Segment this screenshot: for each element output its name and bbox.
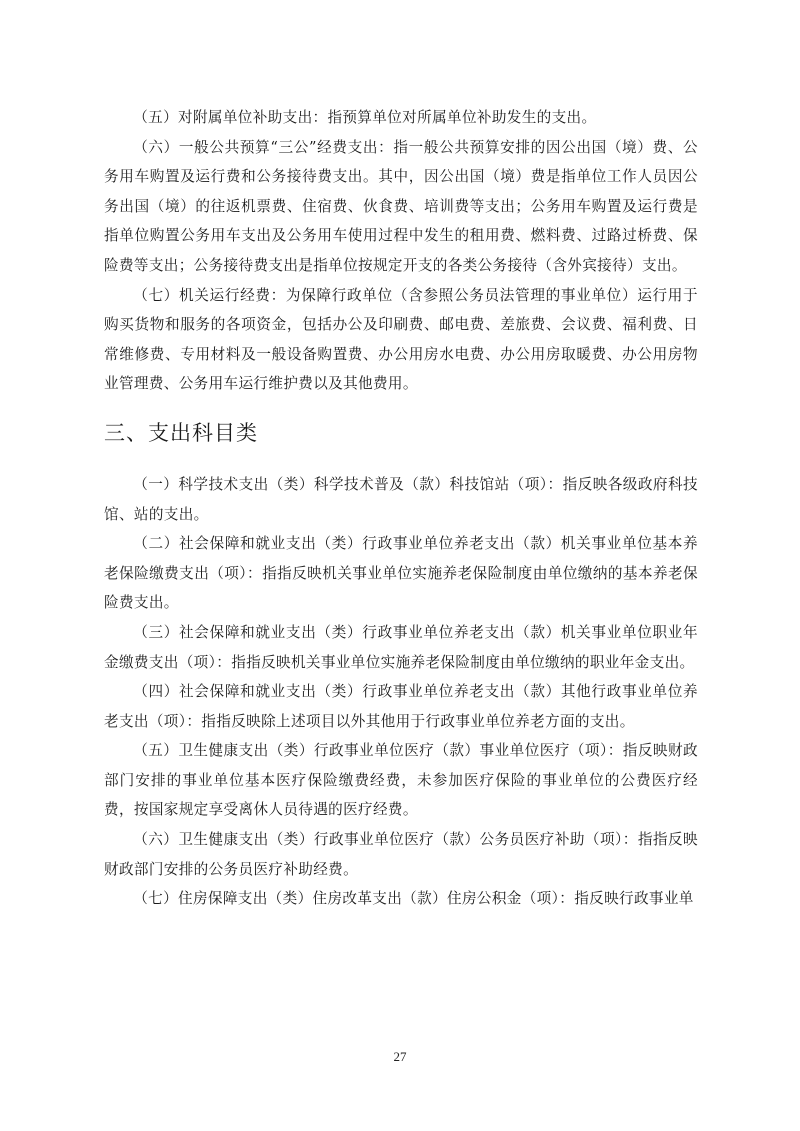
paragraph-agency-operating-costs: （七）机关运行经费：为保障行政单位（含参照公务员法管理的事业单位）运行用于购买货…: [104, 281, 698, 399]
paragraph-other-pension: （四）社会保障和就业支出（类）行政事业单位养老支出（款）其他行政事业单位养老支出…: [104, 677, 698, 736]
document-page: （五）对附属单位补助支出：指预算单位对所属单位补助发生的支出。 （六）一般公共预…: [0, 0, 800, 1131]
paragraph-civil-servant-medical: （六）卫生健康支出（类）行政事业单位医疗（款）公务员医疗补助（项）：指指反映财政…: [104, 825, 698, 884]
paragraph-three-public-expenses: （六）一般公共预算“三公”经费支出：指一般公共预算安排的因公出国（境）费、公务用…: [104, 133, 698, 281]
paragraph-housing-fund: （七）住房保障支出（类）住房改革支出（款）住房公积金（项）：指反映行政事业单: [104, 884, 698, 914]
paragraph-subsidy-to-affiliates: （五）对附属单位补助支出：指预算单位对所属单位补助发生的支出。: [104, 103, 698, 133]
paragraph-occupational-annuity: （三）社会保障和就业支出（类）行政事业单位养老支出（款）机关事业单位职业年金缴费…: [104, 618, 698, 677]
section-heading: 三、支出科目类: [104, 418, 698, 448]
page-content: （五）对附属单位补助支出：指预算单位对所属单位补助发生的支出。 （六）一般公共预…: [104, 103, 698, 914]
paragraph-basic-pension: （二）社会保障和就业支出（类）行政事业单位养老支出（款）机关事业单位基本养老保险…: [104, 529, 698, 618]
paragraph-institution-medical: （五）卫生健康支出（类）行政事业单位医疗（款）事业单位医疗（项）：指反映财政部门…: [104, 736, 698, 825]
paragraph-science-tech: （一）科学技术支出（类）科学技术普及（款）科技馆站（项）：指反映各级政府科技馆、…: [104, 470, 698, 529]
page-number: 27: [0, 1049, 800, 1065]
